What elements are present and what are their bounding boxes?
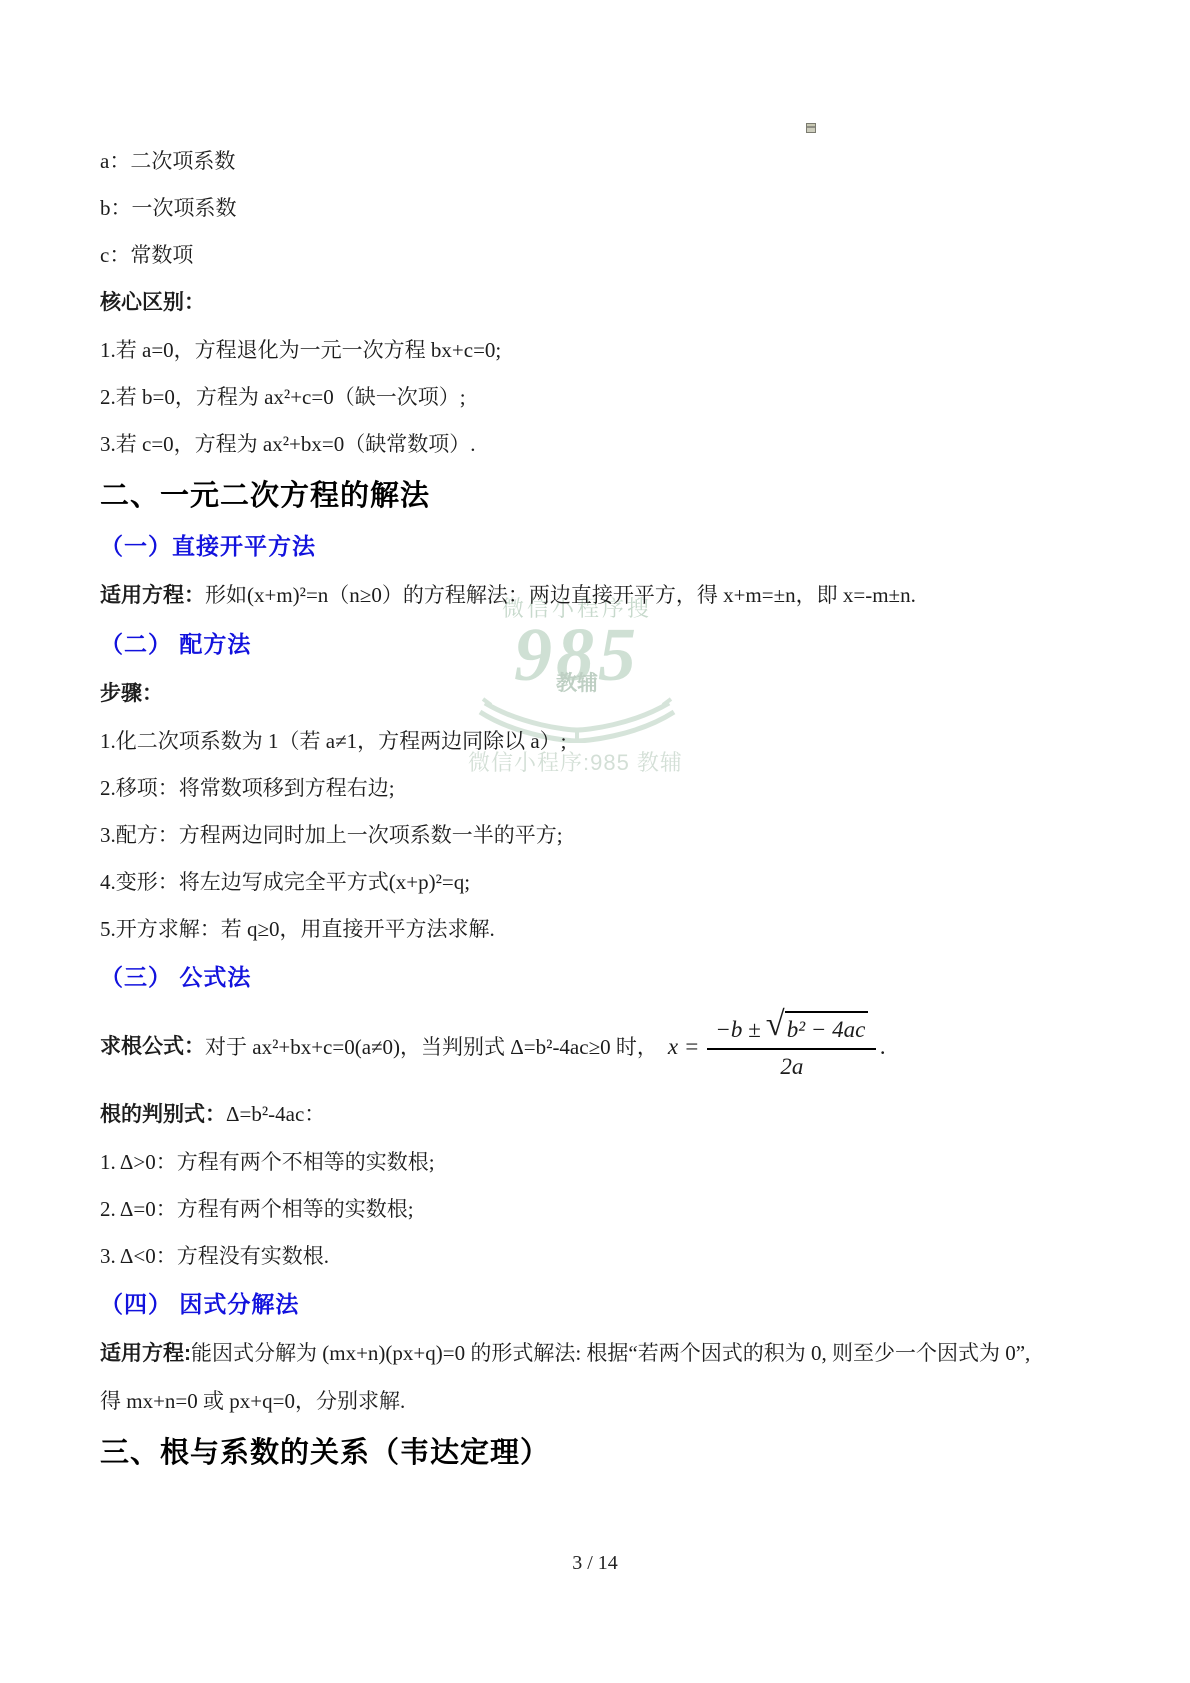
steps-label: 步骤：: [100, 682, 163, 705]
core-diff-item-3: 3.若 c=0，方程为 ax²+bx=0（缺常数项）.: [100, 429, 1100, 459]
discriminant-label: 根的判别式：: [100, 1103, 226, 1126]
step-2: 2.移项：将常数项移到方程右边;: [100, 773, 1100, 803]
method-4-line-2: 得 mx+n=0 或 px+q=0，分别求解.: [100, 1386, 1100, 1416]
method-1-line: 适用方程：形如(x+m)²=n（n≥0）的方程解法：两边直接开平方，得 x+m=…: [100, 580, 1100, 611]
root-formula-line: 求根公式：对于 ax²+bx+c=0(a≠0)，当判别式 Δ=b²-4ac≥0 …: [100, 1011, 1100, 1082]
formula-radicand: b² − 4ac: [785, 1011, 869, 1045]
square-root: √ b² − 4ac: [766, 1011, 869, 1045]
step-4: 4.变形：将左边写成完全平方式(x+p)²=q;: [100, 867, 1100, 897]
core-diff-item-2: 2.若 b=0，方程为 ax²+c=0（缺一次项）;: [100, 382, 1100, 412]
discriminant-case-2: 2. Δ=0：方程有两个相等的实数根;: [100, 1194, 1100, 1224]
method-3-heading: （三） 公式法: [100, 961, 1100, 993]
stray-artifact-dot: [806, 123, 816, 133]
formula-num-prefix: −b ±: [715, 1015, 760, 1045]
section-2-title: 二、一元二次方程的解法: [100, 476, 1100, 516]
method-2-heading: （二） 配方法: [100, 628, 1100, 660]
formula-denominator: 2a: [780, 1050, 803, 1082]
page-number: 3 / 14: [0, 1552, 1190, 1575]
discriminant-line: 根的判别式：Δ=b²-4ac：: [100, 1099, 1100, 1130]
step-3: 3.配方：方程两边同时加上一次项系数一半的平方;: [100, 820, 1100, 850]
method-1-heading: （一）直接开平方法: [100, 530, 1100, 562]
method-4-heading: （四） 因式分解法: [100, 1288, 1100, 1320]
discriminant-case-3: 3. Δ<0：方程没有实数根.: [100, 1241, 1100, 1271]
formula-lhs: x =: [668, 1032, 699, 1062]
formula-fraction: −b ± √ b² − 4ac 2a: [707, 1011, 876, 1082]
method-4-text-1: 能因式分解为 (mx+n)(px+q)=0 的形式解法: 根据“若两个因式的积为…: [191, 1341, 1030, 1365]
page-content: a：二次项系数 b：一次项系数 c：常数项 核心区别： 1.若 a=0，方程退化…: [100, 0, 1100, 1487]
root-formula-pre: 对于 ax²+bx+c=0(a≠0)，当判别式 Δ=b²-4ac≥0 时，: [205, 1032, 658, 1062]
step-1: 1.化二次项系数为 1（若 a≠1，方程两边同除以 a）;: [100, 726, 1100, 756]
radical-sign-icon: √: [766, 1010, 785, 1039]
coefficient-line-a: a：二次项系数: [100, 146, 1100, 176]
step-5: 5.开方求解：若 q≥0，用直接开平方法求解.: [100, 914, 1100, 944]
formula-numerator: −b ± √ b² − 4ac: [707, 1011, 876, 1050]
core-diff-label: 核心区别：: [100, 291, 205, 314]
method-1-label: 适用方程：: [100, 584, 205, 607]
discriminant-text: Δ=b²-4ac：: [226, 1102, 325, 1126]
root-formula-label: 求根公式：: [100, 1032, 205, 1062]
formula-period: .: [880, 1032, 886, 1062]
method-1-text: 形如(x+m)²=n（n≥0）的方程解法：两边直接开平方，得 x+m=±n，即 …: [205, 583, 916, 607]
quadratic-formula: x = −b ± √ b² − 4ac 2a .: [668, 1011, 886, 1082]
coefficient-line-b: b：一次项系数: [100, 193, 1100, 223]
method-4-line-1: 适用方程:能因式分解为 (mx+n)(px+q)=0 的形式解法: 根据“若两个…: [100, 1338, 1100, 1369]
core-diff-label-line: 核心区别：: [100, 287, 1100, 318]
method-4-label: 适用方程:: [100, 1342, 191, 1365]
discriminant-case-1: 1. Δ>0：方程有两个不相等的实数根;: [100, 1147, 1100, 1177]
section-3-title: 三、根与系数的关系（韦达定理）: [100, 1433, 1100, 1473]
core-diff-item-1: 1.若 a=0，方程退化为一元一次方程 bx+c=0;: [100, 335, 1100, 365]
coefficient-line-c: c：常数项: [100, 240, 1100, 270]
steps-label-line: 步骤：: [100, 678, 1100, 709]
document-page: 微信小程序搜 985 教辅 微信小程序:985 教辅 a：二次项系数 b：一次项…: [0, 0, 1190, 1683]
